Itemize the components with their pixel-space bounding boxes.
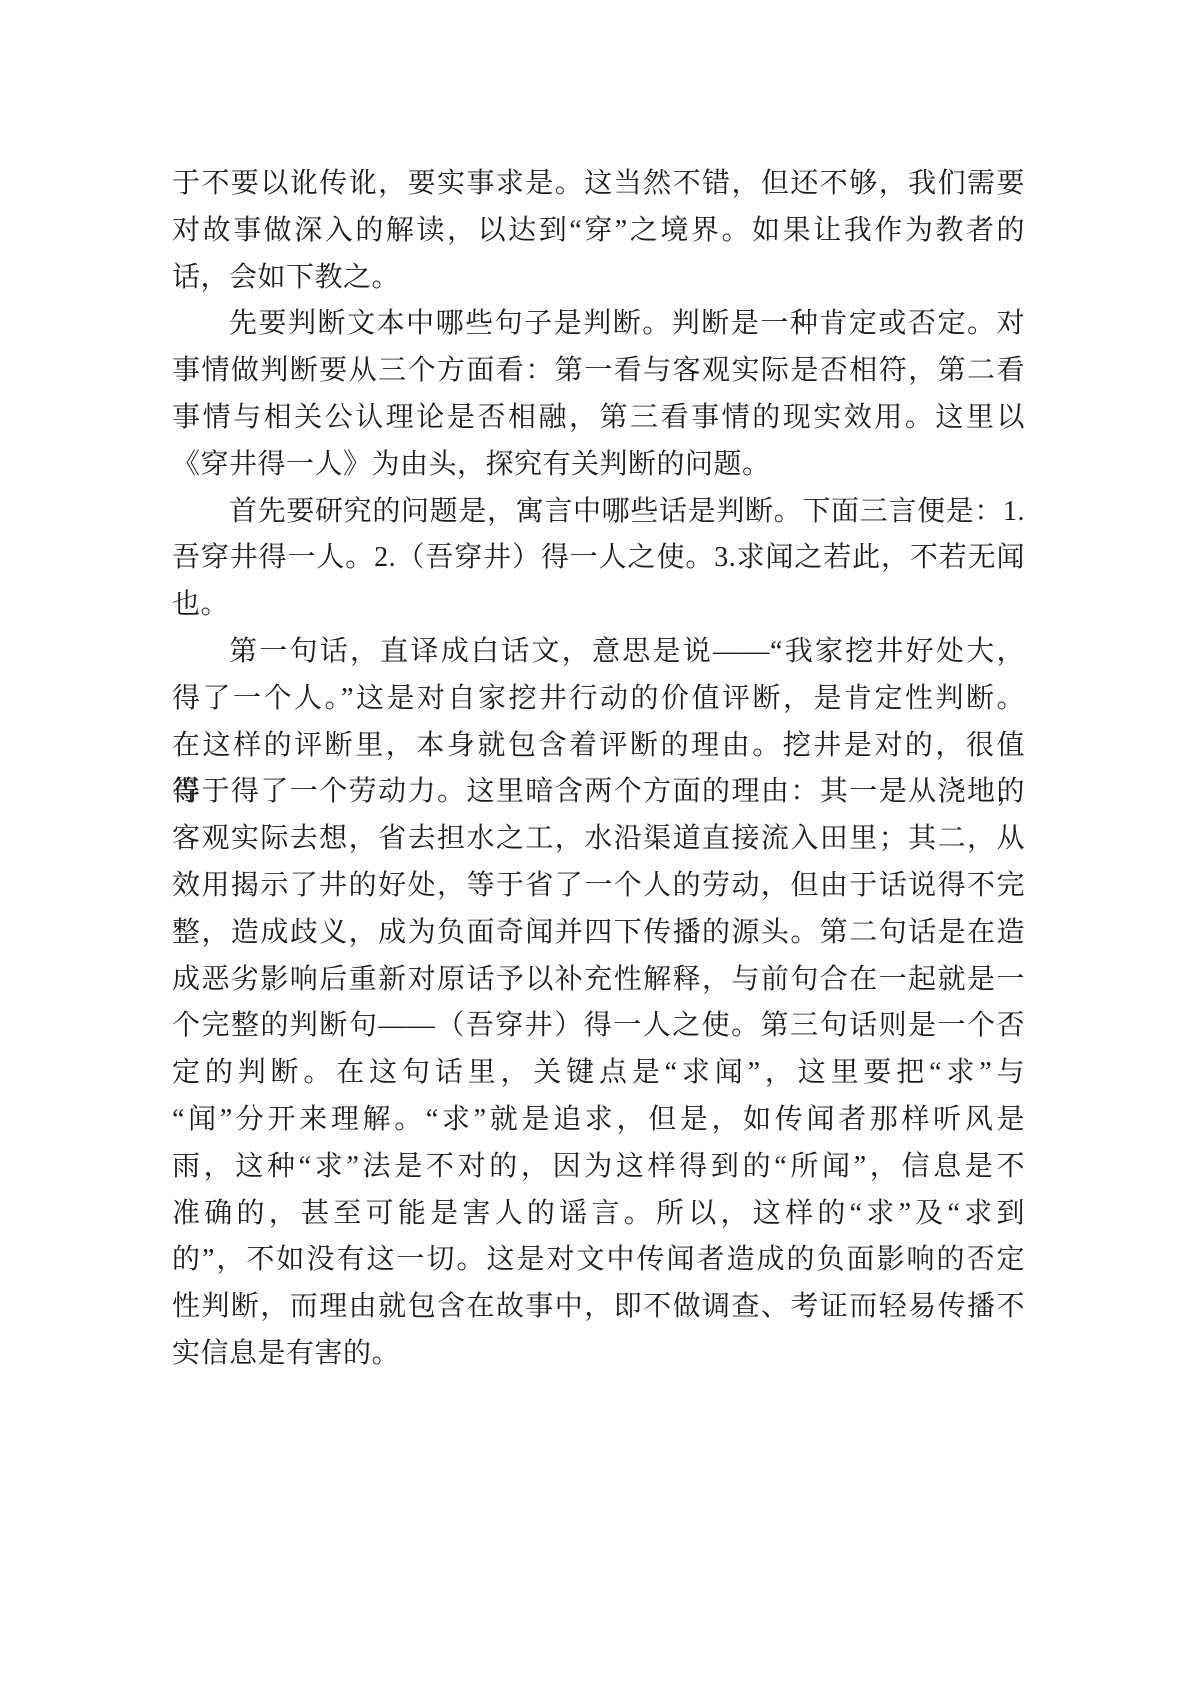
text-line: 个完整的判断句——（吾穿井）得一人之使。第三句话则是一个否: [172, 1003, 1025, 1050]
text-line: 客观实际去想，省去担水之工，水沿渠道直接流入田里；其二，从: [172, 816, 1025, 863]
text-line: 《穿井得一人》为由头，探究有关判断的问题。: [172, 442, 1025, 489]
text-line: 话，会如下教之。: [172, 255, 1025, 302]
text-line: 对故事做深入的解读，以达到“穿”之境界。如果让我作为教者的: [172, 208, 1025, 255]
text-line: 实信息是有害的。: [172, 1331, 1025, 1378]
text-line: 于不要以讹传讹，要实事求是。这当然不错，但还不够，我们需要: [172, 161, 1025, 208]
text-line: 雨，这种“求”法是不对的，因为这样得到的“所闻”，信息是不: [172, 1144, 1025, 1191]
text-line: 效用揭示了井的好处，等于省了一个人的劳动，但由于话说得不完: [172, 863, 1025, 910]
text-line: 整，造成歧义，成为负面奇闻并四下传播的源头。第二句话是在造: [172, 910, 1025, 957]
text-line: 在这样的评断里，本身就包含着评断的理由。挖井是对的，很值得，: [172, 723, 1025, 770]
text-line: 成恶劣影响后重新对原话予以补充性解释，与前句合在一起就是一: [172, 957, 1025, 1004]
text-line: 等于得了一个劳动力。这里暗含两个方面的理由：其一是从浇地的: [172, 769, 1025, 816]
text-block: 于不要以讹传讹，要实事求是。这当然不错，但还不够，我们需要对故事做深入的解读，以…: [172, 161, 1025, 1378]
text-line: 第一句话，直译成白话文，意思是说——“我家挖井好处大，: [172, 629, 1025, 676]
text-line: 也。: [172, 582, 1025, 629]
text-line: 先要判断文本中哪些句子是判断。判断是一种肯定或否定。对: [172, 301, 1025, 348]
text-line: 事情与相关公认理论是否相融，第三看事情的现实效用。这里以: [172, 395, 1025, 442]
text-line: 得了一个人。”这是对自家挖井行动的价值评断，是肯定性判断。: [172, 676, 1025, 723]
text-line: 吾穿井得一人。2.（吾穿井）得一人之使。3.求闻之若此，不若无闻: [172, 535, 1025, 582]
text-line: 的”，不如没有这一切。这是对文中传闻者造成的负面影响的否定: [172, 1237, 1025, 1284]
text-line: 定的判断。在这句话里，关键点是“求闻”，这里要把“求”与: [172, 1050, 1025, 1097]
text-line: 性判断，而理由就包含在故事中，即不做调查、考证而轻易传播不: [172, 1284, 1025, 1331]
text-line: 准确的，甚至可能是害人的谣言。所以，这样的“求”及“求到: [172, 1191, 1025, 1238]
text-line: 首先要研究的问题是，寓言中哪些话是判断。下面三言便是：1.: [172, 489, 1025, 536]
text-line: “闻”分开来理解。“求”就是追求，但是，如传闻者那样听风是: [172, 1097, 1025, 1144]
text-line: 事情做判断要从三个方面看：第一看与客观实际是否相符，第二看: [172, 348, 1025, 395]
document-page: 于不要以讹传讹，要实事求是。这当然不错，但还不够，我们需要对故事做深入的解读，以…: [0, 0, 1191, 1684]
